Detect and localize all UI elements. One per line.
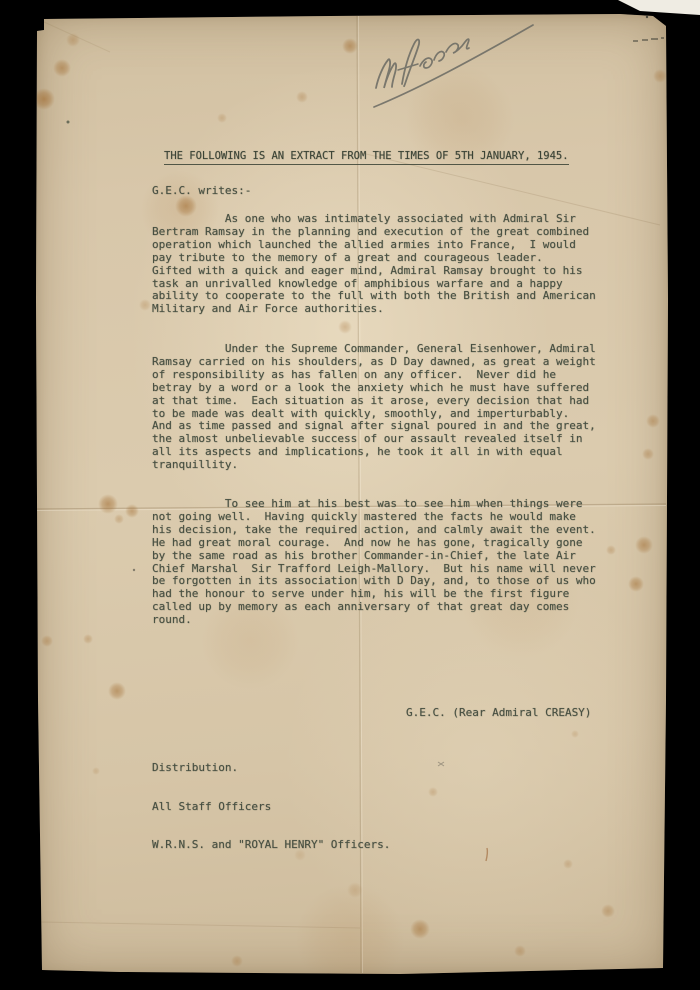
paper-sheet: THE FOLLOWING IS AN EXTRACT FROM THE TIM… [0,0,700,990]
handwritten-signature [0,0,700,990]
scanned-document-photo: THE FOLLOWING IS AN EXTRACT FROM THE TIM… [0,0,700,990]
